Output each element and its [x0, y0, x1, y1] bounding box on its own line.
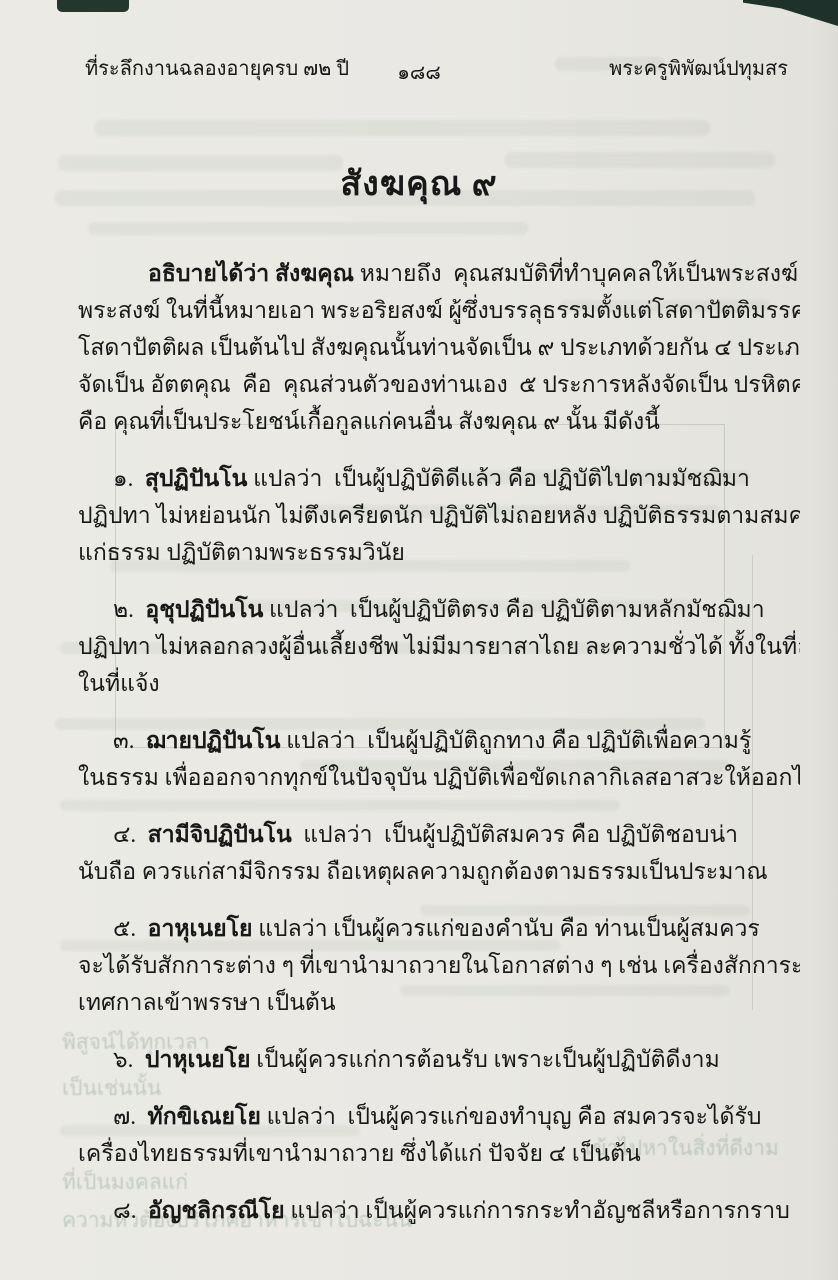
paragraph: ๓. ฌายปฏิปันโน แปลว่า เป็นผู้ปฏิบัติถูกท…: [78, 722, 800, 796]
text-line: ๒. อุชุปฏิปันโน แปลว่า เป็นผู้ปฏิบัติตรง…: [78, 591, 800, 628]
text-line: ปฏิปทา ไม่หลอกลวงผู้อื่นเลี้ยงชีพ ไม่มีม…: [78, 628, 800, 665]
text-line: แก่ธรรม ปฏิบัติตามพระธรรมวินัย: [78, 534, 800, 571]
text-line: ในธรรม เพื่อออกจากทุกข์ในปัจจุบัน ปฏิบัต…: [78, 759, 800, 796]
text-line: โสดาปัตติผล เป็นต้นไป สังฆคุณนั้นท่านจัด…: [78, 329, 800, 366]
text-line: ๘. อัญชลิกรณีโย แปลว่า เป็นผู้ควรแก่การก…: [78, 1192, 800, 1229]
text-line: ๔. สามีจิปฏิปันโน แปลว่า เป็นผู้ปฏิบัติส…: [78, 816, 800, 853]
text-line: คือ คุณที่เป็นประโยชน์เกื้อกูลแก่คนอื่น …: [78, 403, 800, 440]
scan-artifact-top-right: [743, 0, 838, 26]
text-line: เครื่องไทยธรรมที่เขานำมาถวาย ซึ่งได้แก่ …: [78, 1135, 800, 1172]
text-line: ๕. อาหุเนยโย แปลว่า เป็นผู้ควรแก่ของคำนั…: [78, 910, 800, 947]
header-right-text: พระครูพิพัฒน์ปทุมสร: [609, 52, 788, 84]
text-line: พระสงฆ์ ในที่นี้หมายเอา พระอริยสงฆ์ ผู้ซ…: [78, 292, 800, 329]
body-text: อธิบายได้ว่า สังฆคุณ หมายถึง คุณสมบัติที…: [78, 255, 800, 1249]
bleedthrough-smudge: [95, 120, 710, 136]
book-page: พิสูจน์ได้ทุกเวลาเป็นเช่นนั้นเข้าไปหาในส…: [0, 0, 838, 1280]
text-line: นับถือ ควรแก่สามีจิกรรม ถือเหตุผลความถูก…: [78, 853, 800, 890]
paragraph: ๑. สุปฏิปันโน แปลว่า เป็นผู้ปฏิบัติดีแล้…: [78, 460, 800, 571]
paragraph: ๘. อัญชลิกรณีโย แปลว่า เป็นผู้ควรแก่การก…: [78, 1192, 800, 1229]
paragraph: ๗. ทักขิเณยโย แปลว่า เป็นผู้ควรแก่ของทำบ…: [78, 1098, 800, 1172]
text-line: เทศกาลเข้าพรรษา เป็นต้น: [78, 984, 800, 1021]
paragraph: ๖. ปาหุเนยโย เป็นผู้ควรแก่การต้อนรับ เพร…: [78, 1041, 800, 1078]
text-line: ในที่แจ้ง: [78, 665, 800, 702]
bleedthrough-smudge: [88, 222, 528, 235]
text-line: จะได้รับสักการะต่าง ๆ ที่เขานำมาถวายในโอ…: [78, 947, 800, 984]
paragraph: ๒. อุชุปฏิปันโน แปลว่า เป็นผู้ปฏิบัติตรง…: [78, 591, 800, 702]
text-line: ปฏิปทา ไม่หย่อนนัก ไม่ตึงเครียดนัก ปฏิบั…: [78, 497, 800, 534]
text-line: ๓. ฌายปฏิปันโน แปลว่า เป็นผู้ปฏิบัติถูกท…: [78, 722, 800, 759]
paragraph: อธิบายได้ว่า สังฆคุณ หมายถึง คุณสมบัติที…: [78, 255, 800, 440]
paragraph: ๔. สามีจิปฏิปันโน แปลว่า เป็นผู้ปฏิบัติส…: [78, 816, 800, 890]
text-line: ๖. ปาหุเนยโย เป็นผู้ควรแก่การต้อนรับ เพร…: [78, 1041, 800, 1078]
text-line: ๗. ทักขิเณยโย แปลว่า เป็นผู้ควรแก่ของทำบ…: [78, 1098, 800, 1135]
scan-artifact-top-left: [57, 0, 129, 12]
text-line: จัดเป็น อัตตคุณ คือ คุณส่วนตัวของท่านเอง…: [78, 366, 800, 403]
page-header: ที่ระลึกงานฉลองอายุครบ ๗๒ ปี ๑๘๘ พระครูพ…: [0, 52, 838, 82]
text-line: ๑. สุปฏิปันโน แปลว่า เป็นผู้ปฏิบัติดีแล้…: [78, 460, 800, 497]
text-line: อธิบายได้ว่า สังฆคุณ หมายถึง คุณสมบัติที…: [78, 255, 800, 292]
paragraph: ๕. อาหุเนยโย แปลว่า เป็นผู้ควรแก่ของคำนั…: [78, 910, 800, 1021]
page-title: สังฆคุณ ๙: [0, 156, 838, 210]
